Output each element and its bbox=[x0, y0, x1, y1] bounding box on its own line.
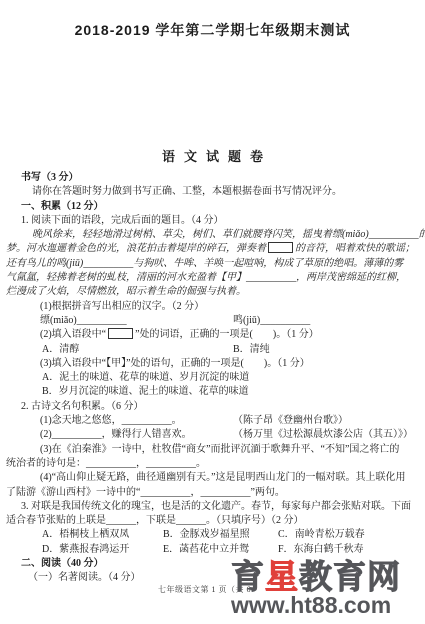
q3-options-row1: A．梧桐枝上栖双凤B．金豚戏岁福星照C．南岭青松万载春 bbox=[0, 528, 425, 542]
q2-item1-text: (1)念天地之悠悠，__________。 bbox=[40, 415, 182, 426]
q1-passage-line5: 烂漫成了火焰，尽情燃放，昭示着生命的倔强与执着。 bbox=[0, 285, 425, 299]
q1-passage-line3: 还有鸟儿的鸣(jiū)__________与狗吠、牛哞、羊唤一起喧响，构成了草原… bbox=[0, 257, 425, 271]
q3-option-b: B．金豚戏岁福星照 bbox=[163, 528, 250, 542]
handwriting-heading: 书写（3 分） bbox=[0, 171, 425, 185]
q2-item4-line1: (4)“高山仰止疑无路，曲径通幽别有天。”这是昆明西山龙门的一幅对联。其上联化用 bbox=[0, 471, 425, 485]
q2-item3-line2: 统治者的诗句是：__________，__________。 bbox=[0, 457, 425, 471]
q3-stem-line1: 3. 对联是我国传统文化的瑰宝，也是活的文化遗产。春节，每家每户都会张贴对联。下… bbox=[0, 500, 425, 514]
q1-sub2-option-b: B．清纯 bbox=[233, 343, 270, 357]
q1-sub2-stem: (2)填入语段中“”处的词语，正确的一项是( )。（1 分） bbox=[0, 328, 425, 342]
blank-box bbox=[268, 242, 293, 253]
q1-passage-line1: 晚风徐来，轻轻地滑过树梢、草尖，树们、草们就腰脊闪笑，摇曳着缥(miǎo)___… bbox=[0, 228, 425, 242]
q2-item2-source: （杨万里《过松源晨炊漆公店（其五）》） bbox=[233, 428, 413, 442]
q1-sub1-blanks: 缥(miǎo)__________鸣(jiū)__________ bbox=[0, 314, 425, 328]
passage-line2-part-a: 梦。河水迤逦着金色的光，浪花拍击着堤岸的碎石，弹奏着 bbox=[6, 243, 266, 254]
q1-sub2-stem-a: (2)填入语段中“ bbox=[40, 329, 106, 340]
q1-sub1-stem: (1)根据拼音写出相应的汉字。（2 分） bbox=[0, 300, 425, 314]
q3-option-f: F．东海白鹤千秋寿 bbox=[278, 543, 364, 557]
blank-box bbox=[108, 328, 133, 339]
q1-sub2-stem-b: ”处的词语，正确的一项是( )。（1 分） bbox=[135, 329, 319, 340]
q2-item4-line2: 了陆游《游山西村》一诗中的“__________，__________”两句。 bbox=[0, 486, 425, 500]
brand-char: 教 bbox=[299, 558, 333, 595]
q3-option-e: E．菡萏花中立并鸳 bbox=[163, 543, 249, 557]
paper-body: 书写（3 分） 请你在答题时努力做到书写正确、工整，本题根据卷面书写情况评分。 … bbox=[0, 171, 425, 586]
q2-stem: 2. 古诗文名句积累。（6 分） bbox=[0, 400, 425, 414]
paper-title: 语文试题卷 bbox=[0, 146, 425, 165]
q1-sub2-options: A．清醇B．清纯 bbox=[0, 343, 425, 357]
q1-sub1-blank1: 缥(miǎo)__________ bbox=[40, 315, 127, 326]
q2-item1: (1)念天地之悠悠，__________。（陈子昂《登幽州台歌》） bbox=[0, 414, 425, 428]
q1-sub2-option-a: A．清醇 bbox=[42, 344, 79, 355]
section1-heading: 一、积累（12 分） bbox=[0, 200, 425, 214]
watermark-url: www.ht88.com bbox=[231, 594, 425, 617]
q3-option-c: C．南岭青松万载春 bbox=[278, 528, 365, 542]
q2-item2: (2)__________，赚得行人错喜欢。（杨万里《过松源晨炊漆公店（其五）》… bbox=[0, 428, 425, 442]
q3-option-d: D．紫燕报春鸿运开 bbox=[42, 543, 129, 557]
watermark: 育星教育网 www.ht88.com bbox=[231, 560, 425, 617]
q1-stem: 1. 阅读下面的语段，完成后面的题目。（4 分） bbox=[0, 214, 425, 228]
exam-paper-page: 2018-2019 学年第二学期七年级期末测试 语文试题卷 书写（3 分） 请你… bbox=[0, 0, 425, 624]
q3-stem-line2: 适合春节张贴的上联是______，下联是______。（只填序号）（2 分） bbox=[0, 514, 425, 528]
brand-char: 网 bbox=[367, 558, 401, 595]
q2-item3-line1: (3)在《泊秦淮》一诗中，杜牧借“商女”而批评沉湎于歌舞升平、“不知”国之将亡的 bbox=[0, 443, 425, 457]
q1-passage-line4: 气氤氲，轻拂着老树的虬枝，清丽的河水充盈着【甲】__________，两岸茂密绵… bbox=[0, 271, 425, 285]
q3-options-row2: D．紫燕报春鸿运开E．菡萏花中立并鸳F．东海白鹤千秋寿 bbox=[0, 543, 425, 557]
brand-char: 育 bbox=[333, 558, 367, 595]
brand-char: 育 bbox=[231, 558, 265, 595]
handwriting-note: 请你在答题时努力做到书写正确、工整，本题根据卷面书写情况评分。 bbox=[0, 185, 425, 199]
q1-sub3-option-b: B．岁月沉淀的味道、泥土的味道、花草的味道 bbox=[0, 385, 425, 399]
q3-option-a: A．梧桐枝上栖双凤 bbox=[42, 528, 129, 542]
watermark-brand-logo: 育星教育网 bbox=[231, 560, 425, 593]
q1-sub3-stem: (3)填入语段中“【甲】”处的语句，正确的一项是( )。（1 分） bbox=[0, 357, 425, 371]
q2-item2-text: (2)__________，赚得行人错喜欢。 bbox=[40, 429, 192, 440]
q1-passage-line2: 梦。河水迤逦着金色的光，浪花拍击着堤岸的碎石，弹奏着的音符，唱着欢快的歌谣； bbox=[0, 242, 425, 256]
q1-sub1-blank2: 鸣(jiū)__________ bbox=[233, 314, 310, 328]
doc-title: 2018-2019 学年第二学期七年级期末测试 bbox=[0, 20, 425, 40]
brand-char-red: 星 bbox=[265, 558, 299, 595]
passage-line2-part-b: 的音符，唱着欢快的歌谣； bbox=[295, 243, 415, 254]
q2-item1-source: （陈子昂《登幽州台歌》） bbox=[233, 414, 348, 428]
q1-sub3-option-a: A．泥土的味道、花草的味道、岁月沉淀的味道 bbox=[0, 371, 425, 385]
